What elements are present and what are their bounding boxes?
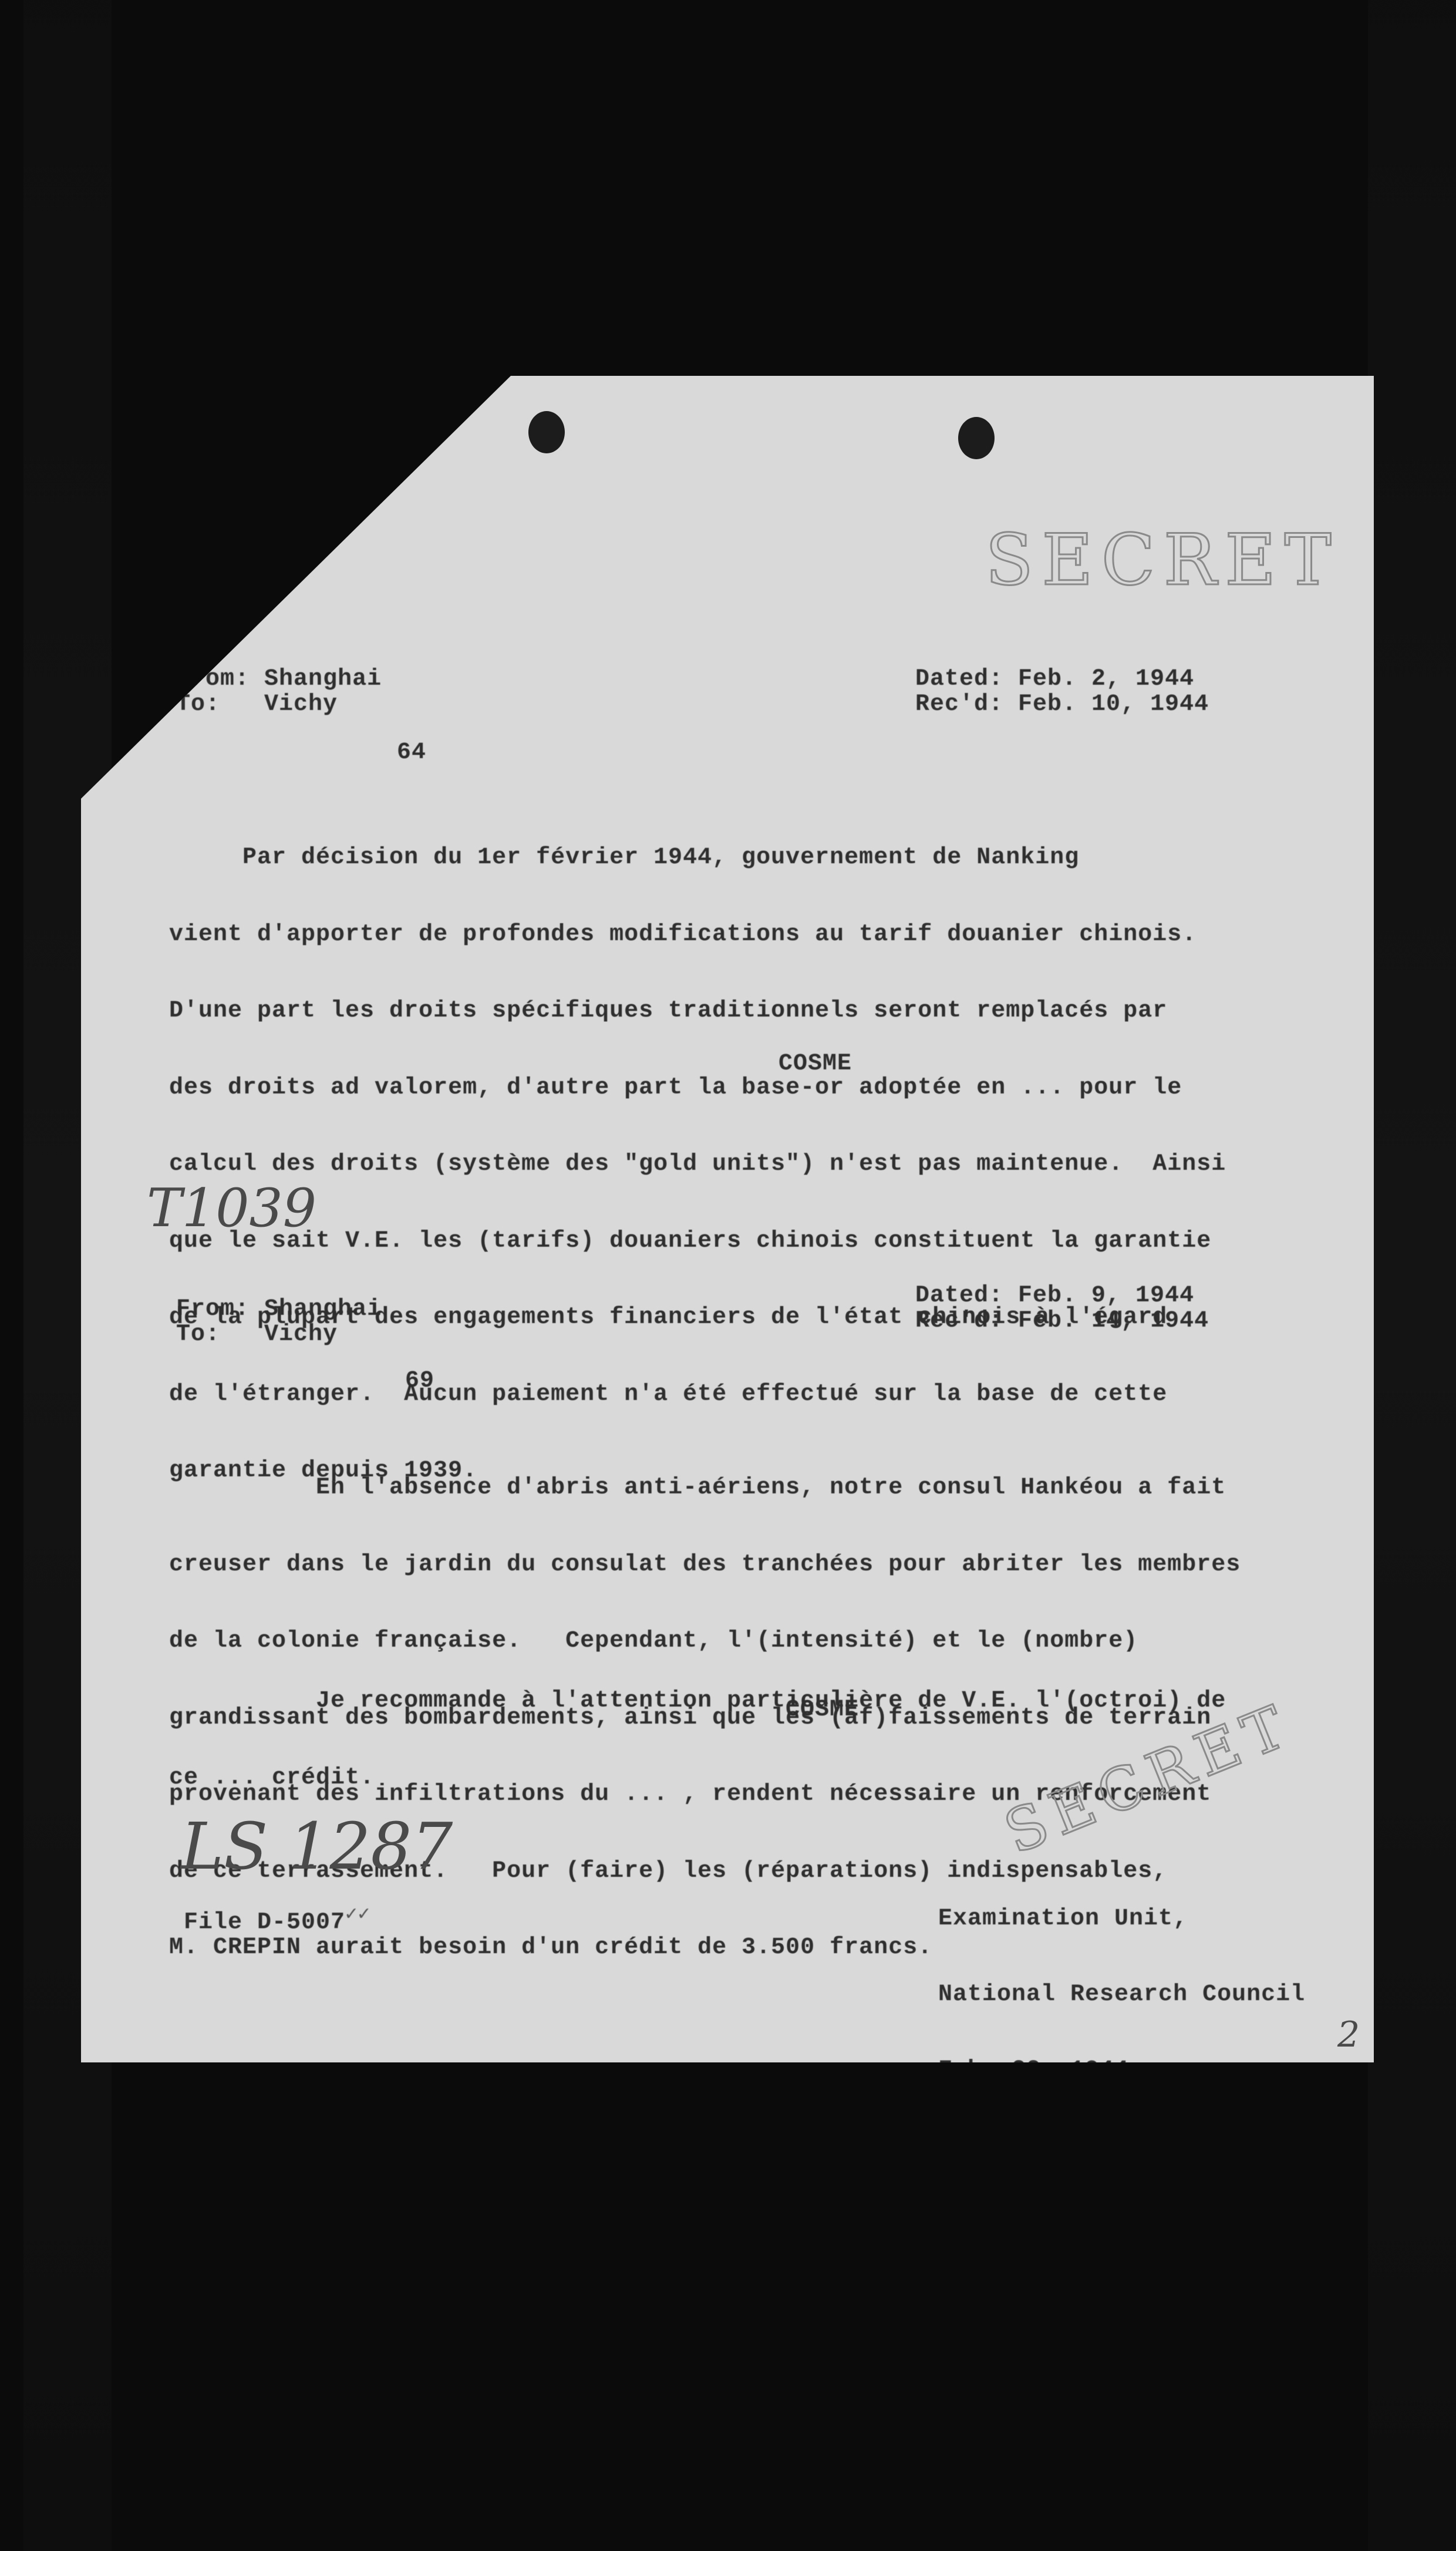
- body-line: des droits ad valorem, d'autre part la b…: [169, 1075, 1226, 1101]
- to-line-2: To: Vichy: [176, 1322, 338, 1347]
- body-line: En l'absence d'abris anti-aériens, notre…: [169, 1475, 1241, 1501]
- file-reference: File D-5007✓✓: [184, 1903, 370, 1935]
- punch-hole-left: [528, 411, 565, 453]
- corner-page-mark: 2: [1337, 2014, 1360, 2055]
- body-line: calcul des droits (système des "gold uni…: [169, 1152, 1226, 1177]
- received-line-1: Rec'd: Feb. 10, 1944: [915, 692, 1209, 717]
- message-number-1: 64: [397, 740, 426, 765]
- dated-line-1: Dated: Feb. 2, 1944: [915, 667, 1194, 692]
- to-line-1: To: Vichy: [176, 692, 338, 717]
- handwritten-ref-bottom: LS 1287: [181, 1809, 453, 1884]
- signature-2: COSME: [786, 1697, 859, 1722]
- received-line-2: Rec'd: Feb. 14, 1944: [915, 1308, 1209, 1334]
- body-line: vient d'apporter de profondes modificati…: [169, 922, 1226, 948]
- handwritten-ref-t1039: T1039: [147, 1177, 316, 1239]
- dated-line-2: Dated: Feb. 9, 1944: [915, 1283, 1194, 1308]
- body-line: D'une part les droits spécifiques tradit…: [169, 998, 1226, 1024]
- footer-line: National Research Council: [938, 1982, 1305, 2007]
- body-line: Je recommande à l'attention particulière…: [169, 1688, 1226, 1714]
- punch-hole-right: [958, 417, 995, 459]
- from-line-2: From: Shanghai: [176, 1297, 382, 1322]
- checkmark-icon: ✓✓: [345, 1904, 370, 1926]
- secret-stamp-top: SECRET: [985, 520, 1340, 601]
- body-line: que le sait V.E. les (tarifs) douaniers …: [169, 1229, 1226, 1254]
- footer-line: Examination Unit,: [938, 1906, 1305, 1931]
- body-line: Par décision du 1er février 1944, gouver…: [169, 845, 1226, 871]
- signature-1: COSME: [778, 1051, 852, 1076]
- body-line: de l'étranger. Aucun paiement n'a été ef…: [169, 1382, 1226, 1408]
- footer-block: Examination Unit, National Research Coun…: [938, 1856, 1305, 2133]
- message-number-2: 69: [405, 1368, 434, 1394]
- from-line-1: From: Shanghai: [176, 667, 382, 692]
- document-page: SECRET From: Shanghai To: Vichy Dated: F…: [81, 376, 1374, 2062]
- film-edge-right: [1368, 0, 1456, 2551]
- body-line: creuser dans le jardin du consulat des t…: [169, 1552, 1241, 1578]
- footer-line: Feb. 22, 1944: [938, 2058, 1305, 2083]
